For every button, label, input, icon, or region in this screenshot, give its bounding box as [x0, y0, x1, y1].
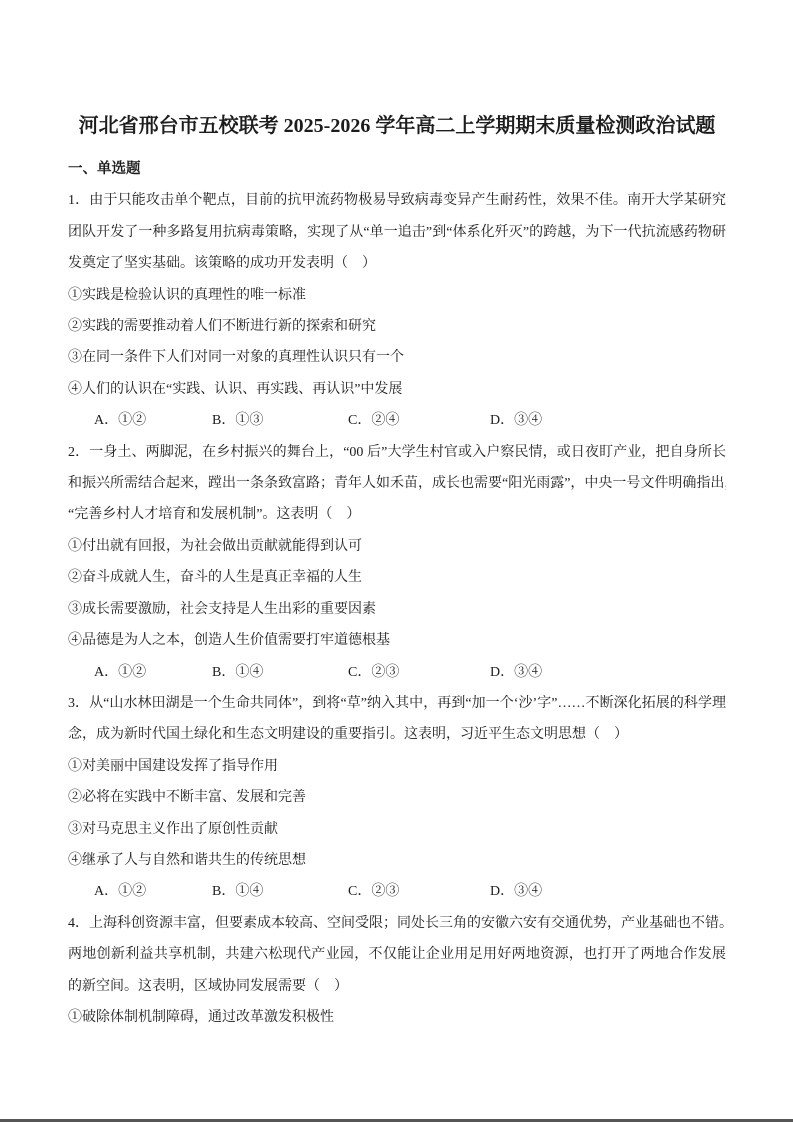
question-3-choice-D: D．③④	[490, 876, 542, 907]
question-4-stem-line-2: 两地创新利益共享机制，共建六松现代产业园，不仅能让企业用足用好两地资源，也打开了…	[68, 939, 726, 970]
question-2-stem-line-1: 2．一身土、两脚泥，在乡村振兴的舞台上，“00 后”大学生村官或入户察民情，或日…	[68, 437, 726, 468]
question-2-option-1: ①付出就有回报，为社会做出贡献就能得到认可	[68, 531, 726, 562]
question-4: 4．上海科创资源丰富，但要素成本较高、空间受限；同处长三角的安徽六安有交通优势，…	[68, 908, 726, 1034]
question-4-option-1: ①破除体制机制障碍，通过改革激发积极性	[68, 1002, 726, 1033]
question-2-stem-line-2: 和振兴所需结合起来，蹚出一条条致富路；青年人如禾苗，成长也需要“阳光雨露”，中央…	[68, 468, 726, 499]
question-3-choice-A: A．①②	[94, 876, 212, 907]
question-3: 3．从“山水林田湖是一个生命共同体”，到将“草”纳入其中，再到“加一个‘沙’字”…	[68, 688, 726, 908]
question-2-option-4: ④品德是为人之本，创造人生价值需要打牢道德根基	[68, 625, 726, 656]
question-1-stem-line-1: 1．由于只能攻击单个靶点，目前的抗甲流药物极易导致病毒变异产生耐药性，效果不佳。…	[68, 185, 726, 216]
question-1-option-4: ④人们的认识在“实践、认识、再实践、再认识”中发展	[68, 374, 726, 405]
question-2-choice-C: C．②③	[348, 657, 490, 688]
question-1-option-3: ③在同一条件下人们对同一对象的真理性认识只有一个	[68, 342, 726, 373]
question-3-choice-B: B．①④	[212, 876, 348, 907]
question-1-choice-D: D．③④	[490, 405, 542, 436]
section-heading-single-choice: 一、单选题	[68, 154, 726, 185]
question-2-option-2: ②奋斗成就人生，奋斗的人生是真正幸福的人生	[68, 562, 726, 593]
question-3-choice-C: C．②③	[348, 876, 490, 907]
question-3-option-2: ②必将在实践中不断丰富、发展和完善	[68, 782, 726, 813]
question-1-choice-A: A．①②	[94, 405, 212, 436]
question-1-option-1: ①实践是检验认识的真理性的唯一标准	[68, 280, 726, 311]
question-2-answer-choices-row: A．①②B．①④C．②③D．③④	[68, 657, 726, 688]
question-2-choice-A: A．①②	[94, 657, 212, 688]
question-3-stem-line-1: 3．从“山水林田湖是一个生命共同体”，到将“草”纳入其中，再到“加一个‘沙’字”…	[68, 688, 726, 719]
question-1-stem-line-3: 发奠定了坚实基础。该策略的成功开发表明（ ）	[68, 248, 726, 279]
question-1: 1．由于只能攻击单个靶点，目前的抗甲流药物极易导致病毒变异产生耐药性，效果不佳。…	[68, 185, 726, 436]
question-4-stem-line-1: 4．上海科创资源丰富，但要素成本较高、空间受限；同处长三角的安徽六安有交通优势，…	[68, 908, 726, 939]
page-title: 河北省邢台市五校联考 2025-2026 学年高二上学期期末质量检测政治试题	[68, 0, 726, 141]
question-1-choice-C: C．②④	[348, 405, 490, 436]
exam-paper-page: 河北省邢台市五校联考 2025-2026 学年高二上学期期末质量检测政治试题 一…	[0, 0, 793, 1122]
question-2-choice-D: D．③④	[490, 657, 542, 688]
question-2-option-3: ③成长需要激励，社会支持是人生出彩的重要因素	[68, 594, 726, 625]
question-3-answer-choices-row: A．①②B．①④C．②③D．③④	[68, 876, 726, 907]
question-3-stem-line-2: 念，成为新时代国土绿化和生态文明建设的重要指引。这表明，习近平生态文明思想（ ）	[68, 719, 726, 750]
question-1-choice-B: B．①③	[212, 405, 348, 436]
question-3-option-4: ④继承了人与自然和谐共生的传统思想	[68, 845, 726, 876]
question-2-choice-B: B．①④	[212, 657, 348, 688]
question-4-stem-line-3: 的新空间。这表明，区域协同发展需要（ ）	[68, 971, 726, 1002]
question-2-stem-line-3: “完善乡村人才培育和发展机制”。这表明（ ）	[68, 499, 726, 530]
page-content: 河北省邢台市五校联考 2025-2026 学年高二上学期期末质量检测政治试题 一…	[0, 0, 793, 1033]
question-1-option-2: ②实践的需要推动着人们不断进行新的探索和研究	[68, 311, 726, 342]
question-3-option-1: ①对美丽中国建设发挥了指导作用	[68, 751, 726, 782]
question-1-stem-line-2: 团队开发了一种多路复用抗病毒策略，实现了从“单一追击”到“体系化歼灭”的跨越，为…	[68, 217, 726, 248]
question-1-answer-choices-row: A．①②B．①③C．②④D．③④	[68, 405, 726, 436]
question-2: 2．一身土、两脚泥，在乡村振兴的舞台上，“00 后”大学生村官或入户察民情，或日…	[68, 437, 726, 688]
question-3-option-3: ③对马克思主义作出了原创性贡献	[68, 814, 726, 845]
questions-container: 1．由于只能攻击单个靶点，目前的抗甲流药物极易导致病毒变异产生耐药性，效果不佳。…	[68, 185, 726, 1033]
